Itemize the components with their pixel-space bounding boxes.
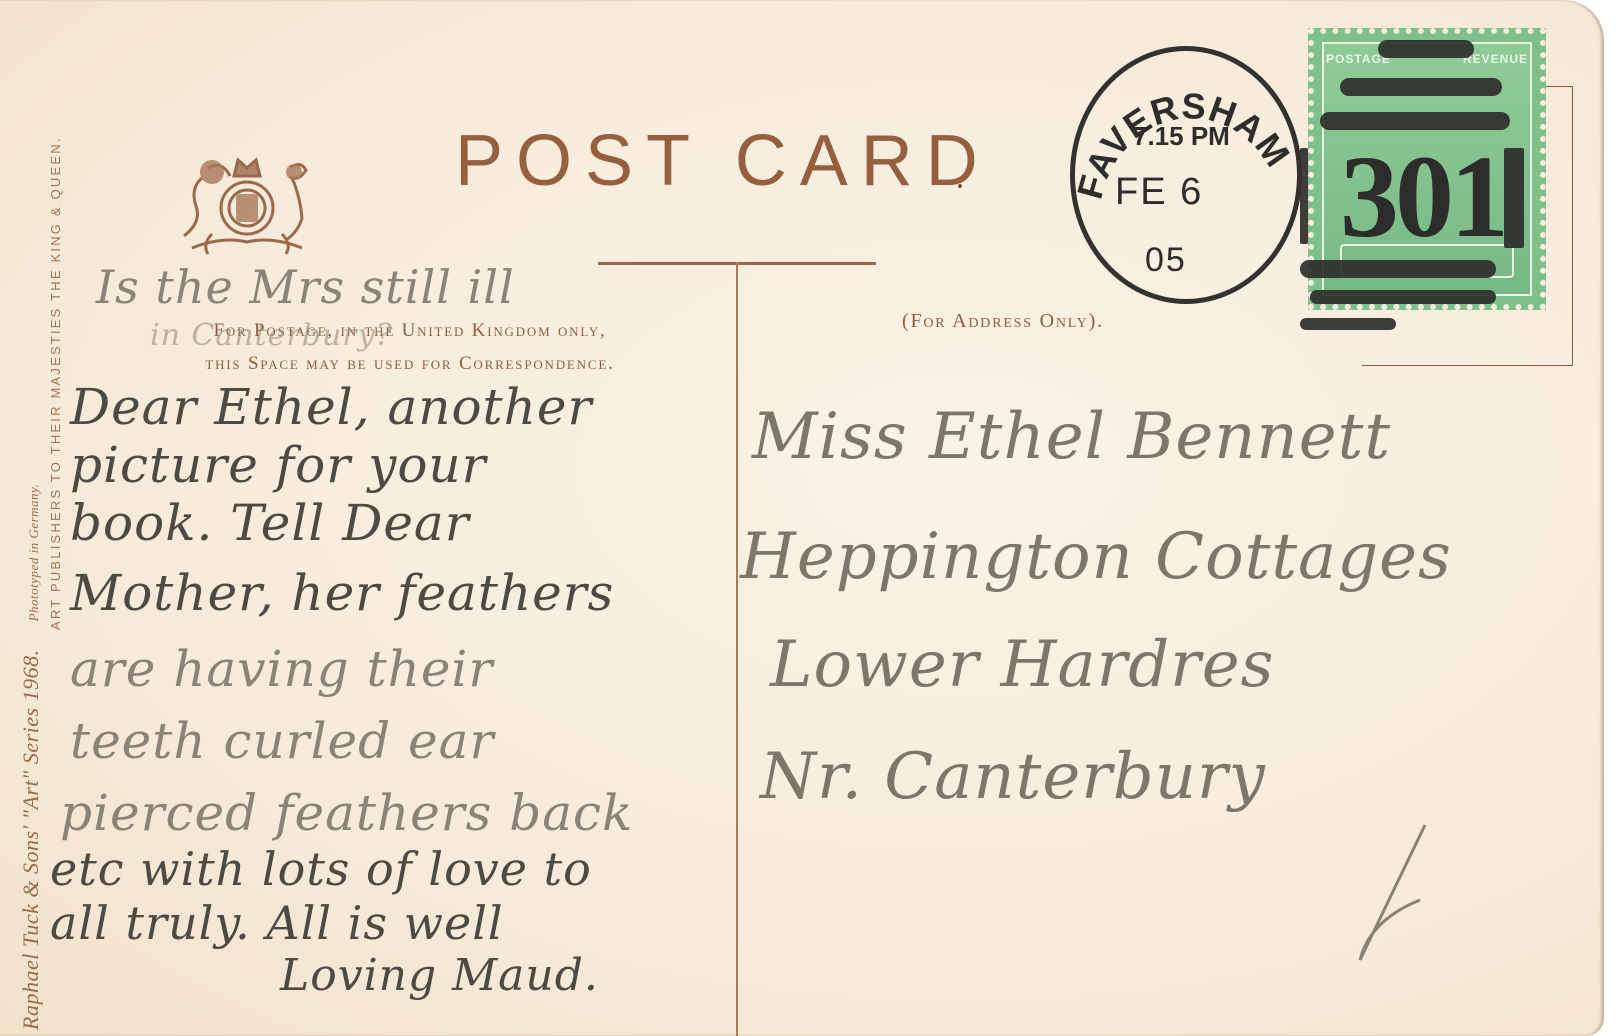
- handwriting-flourish: [1330, 820, 1450, 970]
- postmark-year: 05: [1145, 241, 1187, 280]
- address-line: Lower Hardres: [770, 628, 1274, 702]
- message-line: etc with lots of love to: [50, 842, 592, 896]
- circular-postmark: FAVERSHAM 7.15 PM FE 6 05: [1070, 46, 1302, 304]
- address-line: Heppington Cottages: [740, 520, 1452, 594]
- message-line: book. Tell Dear: [70, 494, 470, 552]
- address-line: Nr. Canterbury: [760, 740, 1266, 814]
- postcard-title: POST CARD: [455, 120, 991, 202]
- message-line: picture for your: [70, 436, 487, 494]
- center-divider: [736, 262, 738, 1036]
- message-signature: Loving Maud.: [280, 950, 599, 1001]
- postmark-date: FE 6: [1115, 171, 1203, 214]
- postcard-back: Raphael Tuck & Sons' "Art" Series 1968. …: [0, 0, 1604, 1036]
- message-header-note-1: Is the Mrs still ill: [96, 260, 515, 314]
- message-line: Mother, her feathers: [70, 564, 614, 622]
- publisher-imprint-series: Raphael Tuck & Sons' "Art" Series 1968.: [18, 649, 43, 1030]
- message-line: Dear Ethel, another: [70, 378, 592, 436]
- postmark-time: 7.15 PM: [1133, 121, 1230, 152]
- title-dot: [958, 184, 962, 188]
- address-label: (For Address Only).: [902, 310, 1104, 333]
- message-line: all truly. All is well: [50, 896, 504, 950]
- message-line: are having their: [70, 640, 493, 698]
- publisher-imprint-origin: Phototyped in Germany.: [26, 484, 41, 622]
- cancel-number: 301: [1340, 138, 1505, 256]
- message-line: teeth curled ear: [70, 712, 494, 770]
- message-line: pierced feathers back: [60, 784, 633, 842]
- message-header-note-2: in Canterbury?: [150, 318, 393, 353]
- publisher-imprint-warrant: ART PUBLISHERS TO THEIR MAJESTIES THE KI…: [48, 136, 63, 630]
- numeral-cancellation: 301: [1300, 28, 1560, 358]
- royal-crest-icon: [172, 138, 322, 260]
- address-line: Miss Ethel Bennett: [752, 400, 1391, 474]
